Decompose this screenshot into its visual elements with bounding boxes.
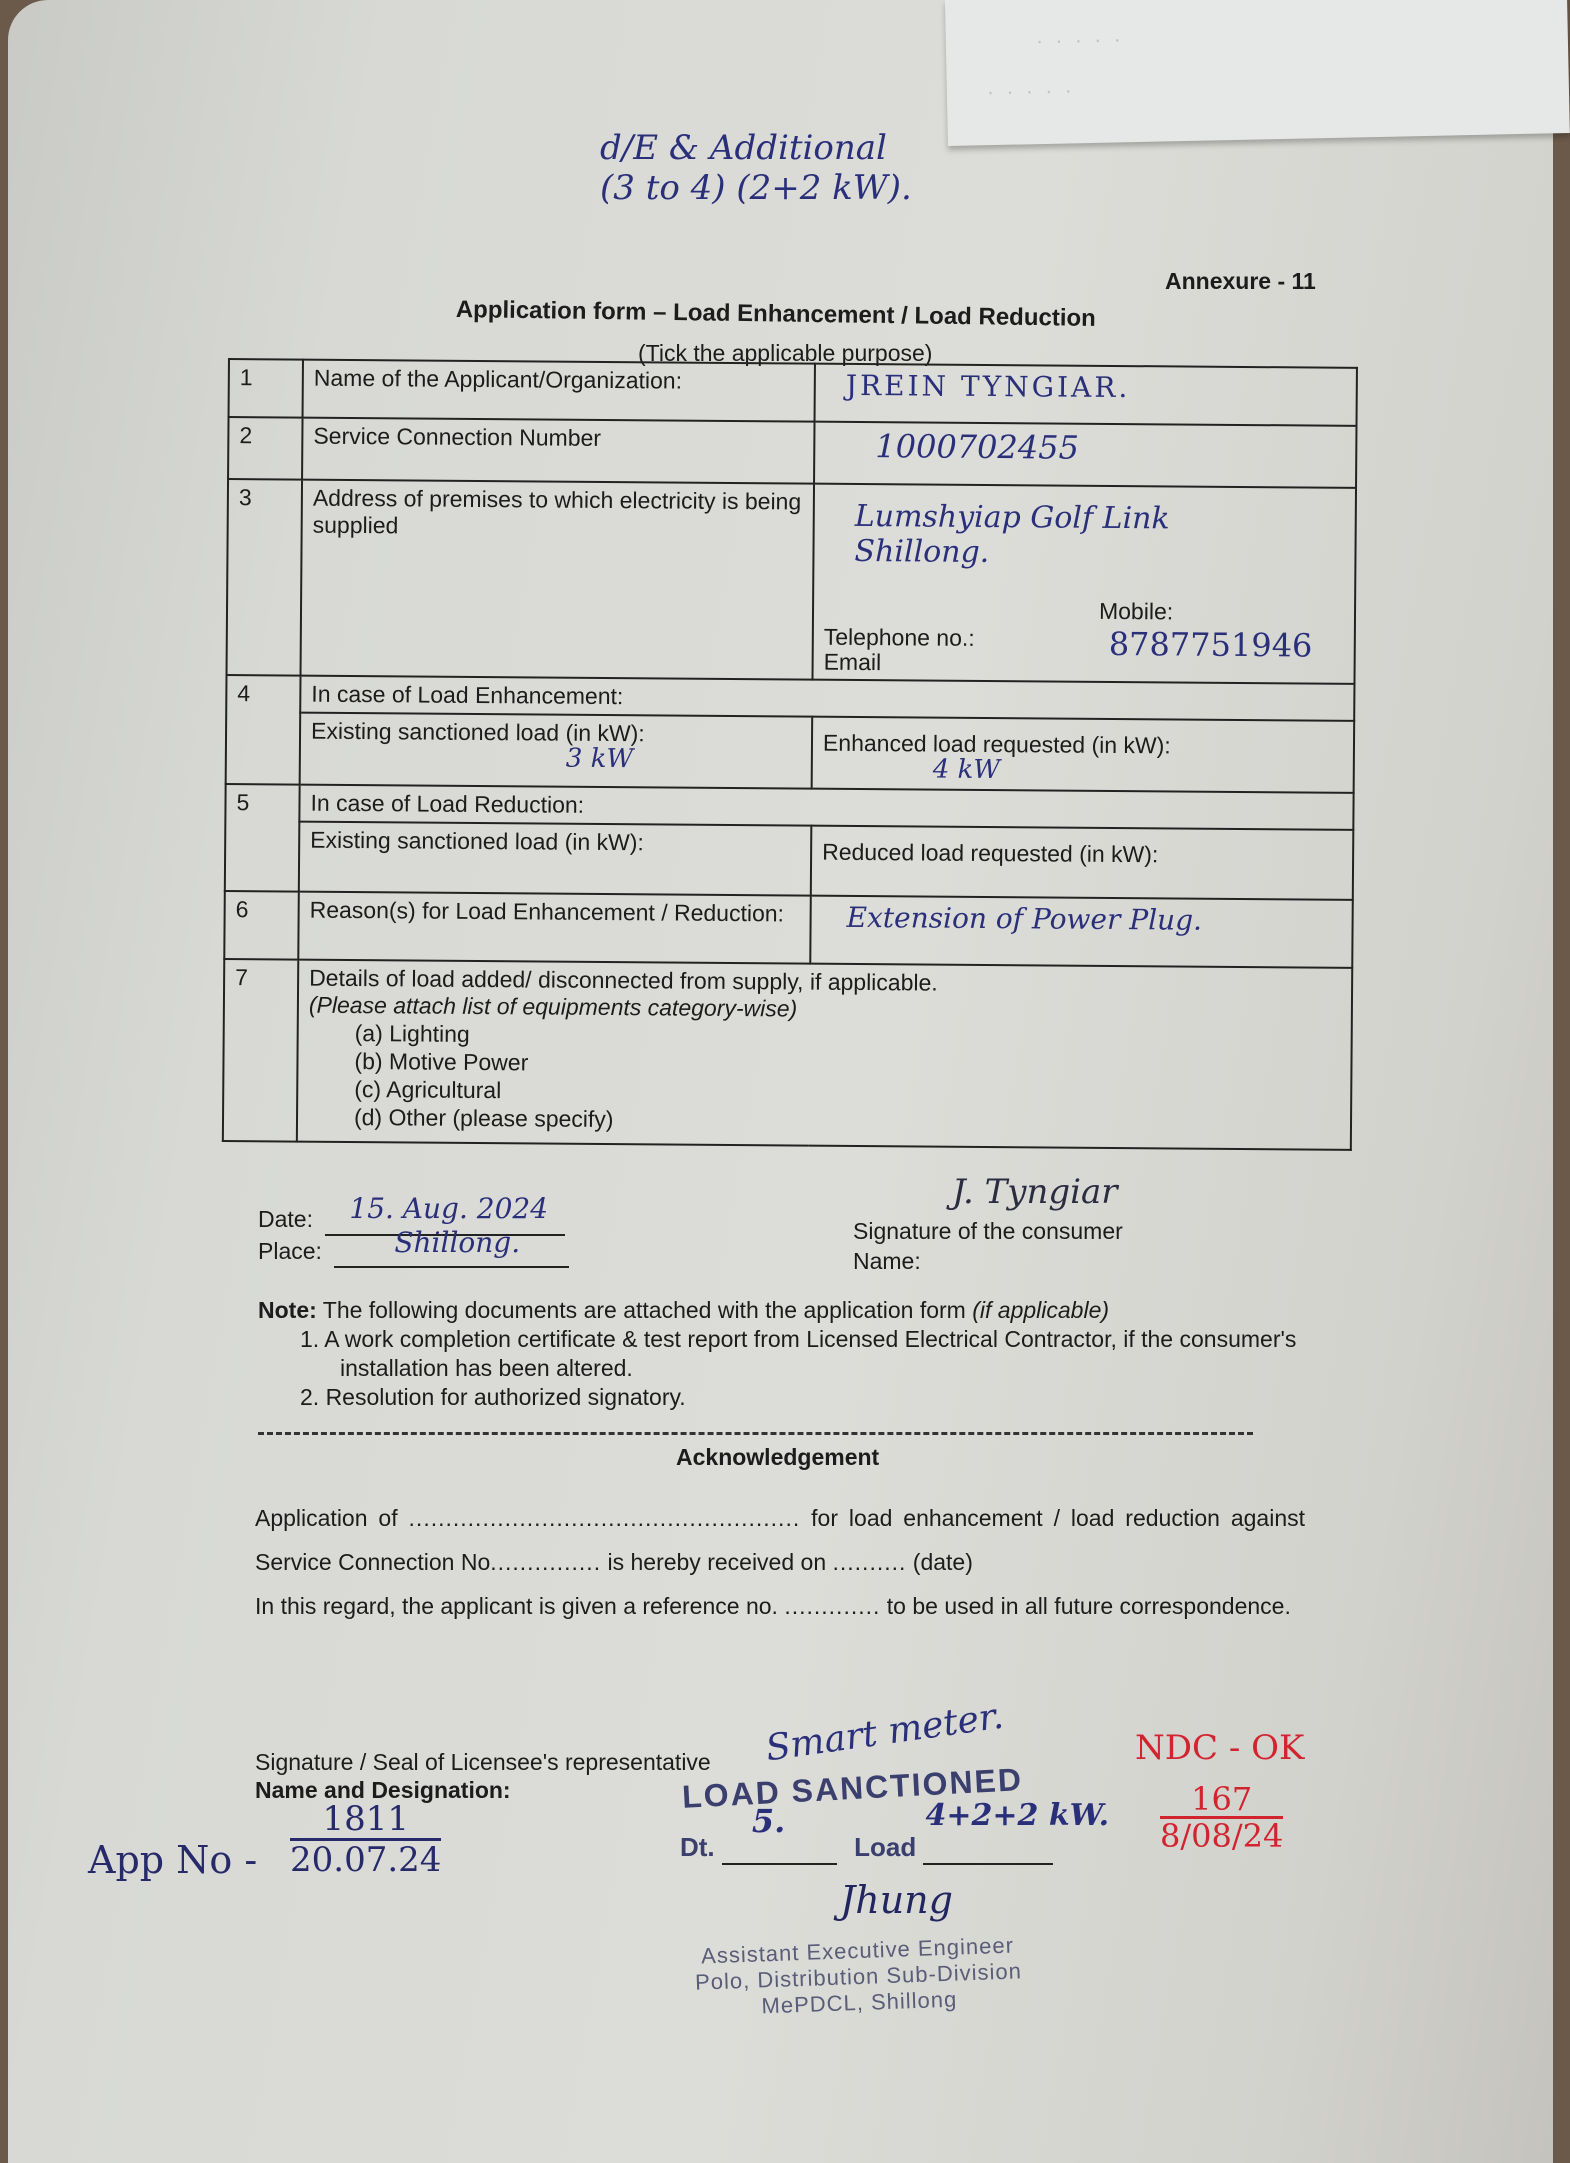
stamp-dt-field[interactable]: 5.	[722, 1832, 837, 1865]
reason-value: Extension of Power Plug.	[821, 901, 1202, 937]
date-value: 15. Aug. 2024	[349, 1194, 548, 1224]
app-no-label: App No -	[88, 1838, 257, 1882]
app-no-value: 1811	[290, 1800, 441, 1841]
officer-stamp: Assistant Executive Engineer Polo, Distr…	[694, 1932, 1023, 2021]
app-date-value: 20.07.24	[290, 1841, 441, 1879]
ack-text: Application of	[255, 1505, 398, 1531]
ndc-number-block: 167 8/08/24	[1160, 1782, 1283, 1853]
ack-text: In this regard, the applicant is given a…	[255, 1593, 778, 1619]
consumer-signature: J. Tyngiar	[952, 1172, 1118, 1212]
ack-reference-field[interactable]: .............	[784, 1593, 880, 1619]
mobile-value: 8787751946	[1099, 625, 1313, 665]
row-number: 3	[227, 479, 303, 676]
address-label: Address of premises to which electricity…	[301, 480, 815, 680]
ack-connection-field[interactable]: ...............	[490, 1549, 601, 1575]
ack-text: is hereby received on	[607, 1549, 826, 1575]
licensee-block: Signature / Seal of Licensee's represent…	[255, 1748, 711, 1804]
service-connection-label: Service Connection Number	[302, 418, 814, 484]
consumer-name-label: Name:	[853, 1246, 1123, 1276]
telephone-label: Telephone no.:	[824, 625, 975, 651]
acknowledgement-title: Acknowledgement	[676, 1444, 879, 1471]
existing-load-value: 3 kW	[311, 745, 801, 773]
consumer-signature-block: Signature of the consumer Name:	[853, 1216, 1123, 1276]
load-details-cell[interactable]: Details of load added/ disconnected from…	[297, 960, 1352, 1150]
top-annotation: d/E & Additional (3 to 4) (2+2 kW).	[600, 128, 912, 208]
place-label: Place:	[258, 1238, 322, 1264]
applicant-name-value: JREIN TYNGIAR.	[826, 369, 1131, 404]
email-label: Email	[824, 650, 975, 676]
stamp-dt-label: Dt.	[680, 1832, 715, 1862]
existing-load-label: Existing sanctioned load (in kW):	[311, 718, 801, 749]
note-lead: Note:	[258, 1297, 317, 1323]
reason-field[interactable]: Extension of Power Plug.	[810, 896, 1353, 968]
stamp-dt-row: Dt. 5. Load 4+2+2 kW.	[680, 1832, 1053, 1865]
licensee-signature-label: Signature / Seal of Licensee's represent…	[255, 1748, 711, 1776]
enhanced-load-value: 4 kW	[823, 757, 1343, 785]
annotation-line-2: (3 to 4) (2+2 kW).	[600, 168, 912, 208]
ack-date-field[interactable]: ..........	[833, 1549, 907, 1575]
divider	[258, 1432, 1253, 1435]
ack-text: to be used in all future correspondence.	[887, 1593, 1291, 1619]
table-row: 7 Details of load added/ disconnected fr…	[223, 959, 1352, 1150]
address-field[interactable]: Lumshyiap Golf Link Shillong. Telephone …	[812, 484, 1356, 684]
existing-load-enh-field[interactable]: Existing sanctioned load (in kW): 3 kW	[300, 713, 813, 789]
table-row: Existing sanctioned load (in kW): Reduce…	[225, 821, 1354, 900]
applicant-name-label: Name of the Applicant/Organization:	[303, 360, 815, 422]
date-place-block: Date: 15. Aug. 2024 Place: Shillong.	[258, 1204, 569, 1268]
reason-label: Reason(s) for Load Enhancement / Reducti…	[298, 892, 811, 964]
note-item-2: 2. Resolution for authorized signatory.	[298, 1383, 1318, 1412]
consumer-signature-label: Signature of the consumer	[853, 1216, 1123, 1246]
place-field[interactable]: Shillong.	[334, 1236, 569, 1268]
service-connection-value: 1000702455	[825, 427, 1079, 467]
row-number: 4	[226, 675, 301, 785]
enhanced-load-field[interactable]: Enhanced load requested (in kW): 4 kW	[812, 717, 1355, 793]
application-table: 1 Name of the Applicant/Organization: JR…	[222, 358, 1358, 1151]
reduced-load-label: Reduced load requested (in kW):	[822, 831, 1342, 870]
attached-paper-slip: · · · · · · · · · ·	[945, 0, 1570, 146]
stamp-load-field[interactable]: 4+2+2 kW.	[923, 1832, 1053, 1865]
note-text: The following documents are attached wit…	[323, 1297, 966, 1323]
address-value: Lumshyiap Golf Link Shillong.	[824, 489, 1215, 572]
table-row: 1 Name of the Applicant/Organization: JR…	[229, 359, 1357, 426]
note-qualifier: (if applicable)	[972, 1297, 1109, 1323]
acknowledgement-body: Application of .........................…	[255, 1496, 1305, 1628]
table-row: 3 Address of premises to which electrici…	[227, 479, 1357, 684]
annotation-line-1: d/E & Additional	[600, 128, 912, 168]
row-number: 1	[229, 359, 303, 418]
stamp-load-value: 4+2+2 kW.	[925, 1798, 1109, 1833]
ack-applicant-field[interactable]: ........................................…	[409, 1505, 801, 1531]
stamp-load-label: Load	[854, 1832, 916, 1862]
table-row: 6 Reason(s) for Load Enhancement / Reduc…	[224, 891, 1352, 968]
row-number: 6	[224, 891, 299, 960]
annexure-label: Annexure - 11	[1165, 268, 1316, 295]
table-row: 2 Service Connection Number 1000702455	[228, 417, 1356, 488]
row-number: 7	[223, 959, 298, 1142]
mobile-label: Mobile:	[1099, 598, 1173, 625]
row-number: 2	[228, 417, 302, 480]
reduced-load-field[interactable]: Reduced load requested (in kW):	[811, 826, 1354, 900]
ndc-number: 167	[1160, 1782, 1283, 1819]
app-no-block: 1811 20.07.24	[290, 1800, 441, 1879]
ndc-date: 8/08/24	[1160, 1819, 1283, 1853]
date-label: Date:	[258, 1206, 313, 1232]
ndc-note: NDC - OK	[1135, 1728, 1304, 1768]
enhanced-load-label: Enhanced load requested (in kW):	[823, 722, 1343, 761]
place-value: Shillong.	[394, 1228, 520, 1258]
table-row: Existing sanctioned load (in kW): 3 kW E…	[226, 712, 1355, 793]
service-connection-field[interactable]: 1000702455	[814, 422, 1356, 488]
note-item-1: 1. A work completion certificate & test …	[298, 1325, 1318, 1383]
applicant-name-field[interactable]: JREIN TYNGIAR.	[815, 364, 1357, 426]
row-number: 5	[225, 784, 300, 892]
note-section: Note: The following documents are attach…	[258, 1296, 1318, 1412]
existing-load-red-field[interactable]: Existing sanctioned load (in kW):	[299, 822, 812, 896]
officer-signature: Jhung	[840, 1878, 953, 1922]
stamp-dt-value: 5.	[752, 1802, 785, 1840]
ack-text: (date)	[913, 1549, 973, 1575]
